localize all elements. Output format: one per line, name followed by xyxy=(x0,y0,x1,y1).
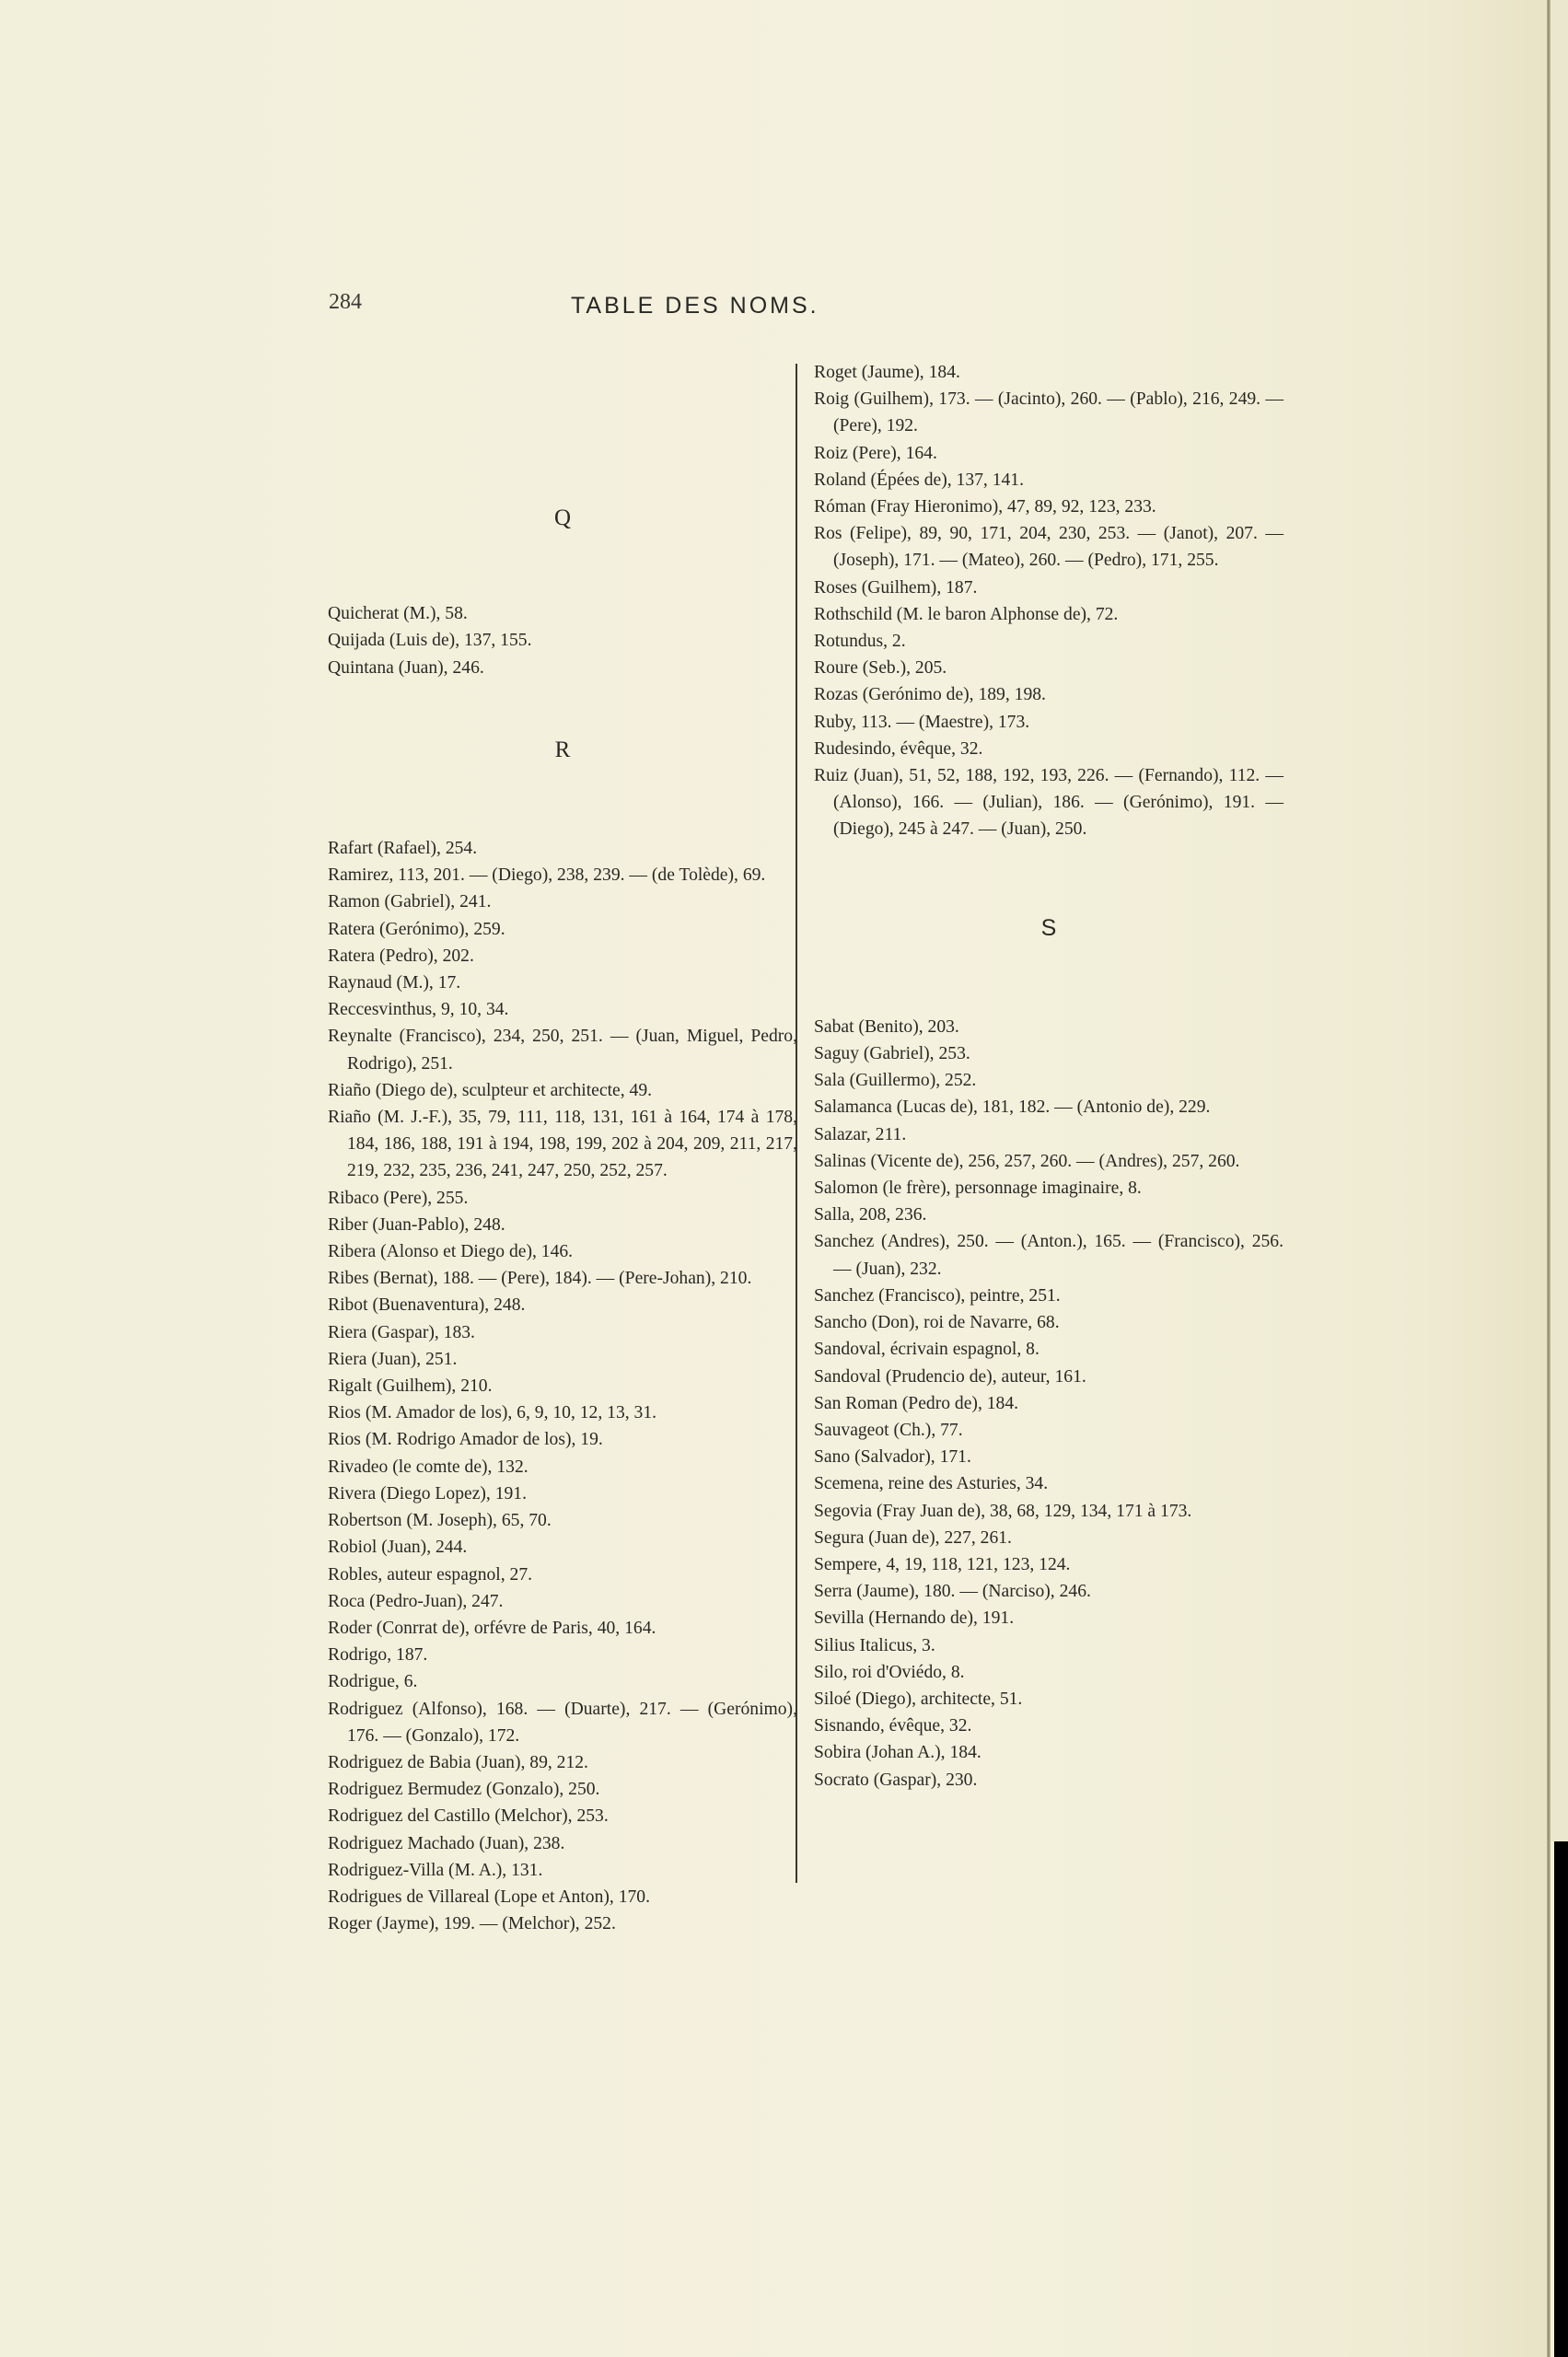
index-entry: Sisnando, évêque, 32. xyxy=(814,1713,1283,1739)
section-s-entries: Sabat (Benito), 203.Saguy (Gabriel), 253… xyxy=(814,1014,1283,1794)
index-entry: Sabat (Benito), 203. xyxy=(814,1014,1283,1040)
index-entry: Riera (Juan), 251. xyxy=(328,1346,797,1373)
index-entry: Ros (Felipe), 89, 90, 171, 204, 230, 253… xyxy=(814,520,1283,574)
index-entry: Roses (Guilhem), 187. xyxy=(814,575,1283,601)
index-entry: Ratera (Gerónimo), 259. xyxy=(328,916,797,943)
index-entry: Salla, 208, 236. xyxy=(814,1202,1283,1228)
page-edge-shadow xyxy=(1554,1841,1568,2357)
index-entry: Salomon (le frère), personnage imaginair… xyxy=(814,1175,1283,1202)
index-entry: Rodrigues de Villareal (Lope et Anton), … xyxy=(328,1884,797,1910)
index-entry: Rodriguez Machado (Juan), 238. xyxy=(328,1830,797,1857)
index-entry: Sanchez (Francisco), peintre, 251. xyxy=(814,1283,1283,1309)
index-entry: Socrato (Gaspar), 230. xyxy=(814,1767,1283,1794)
section-letter-q: Q xyxy=(328,505,797,531)
index-entry: Roget (Jaume), 184. xyxy=(814,359,1283,386)
index-entry: Sobira (Johan A.), 184. xyxy=(814,1739,1283,1766)
index-entry: Roland (Épées de), 137, 141. xyxy=(814,467,1283,493)
index-entry: Sancho (Don), roi de Navarre, 68. xyxy=(814,1309,1283,1336)
index-entry: Silius Italicus, 3. xyxy=(814,1632,1283,1659)
index-entry: Sano (Salvador), 171. xyxy=(814,1444,1283,1470)
page-number: 284 xyxy=(329,290,362,315)
index-entry: Robertson (M. Joseph), 65, 70. xyxy=(328,1507,797,1534)
index-entry: Ribot (Buenaventura), 248. xyxy=(328,1292,797,1318)
index-entry: Reynalte (Francisco), 234, 250, 251. — (… xyxy=(328,1023,797,1076)
index-entry: Rodriguez del Castillo (Melchor), 253. xyxy=(328,1803,797,1829)
index-entry: Rivera (Diego Lopez), 191. xyxy=(328,1480,797,1507)
index-entry: Roig (Guilhem), 173. — (Jacinto), 260. —… xyxy=(814,386,1283,439)
index-entry: Sauvageot (Ch.), 77. xyxy=(814,1417,1283,1444)
index-entry: Roure (Seb.), 205. xyxy=(814,655,1283,681)
index-entry: Riber (Juan-Pablo), 248. xyxy=(328,1212,797,1238)
index-entry: Sandoval (Prudencio de), auteur, 161. xyxy=(814,1364,1283,1390)
index-entry: Salazar, 211. xyxy=(814,1121,1283,1148)
index-entry: Robiol (Juan), 244. xyxy=(328,1534,797,1561)
index-entry: Roger (Jayme), 199. — (Melchor), 252. xyxy=(328,1910,797,1937)
index-entry: Rivadeo (le comte de), 132. xyxy=(328,1454,797,1480)
index-entry: Rozas (Gerónimo de), 189, 198. xyxy=(814,681,1283,708)
index-entry: Robles, auteur espagnol, 27. xyxy=(328,1562,797,1588)
index-entry: Riaño (M. J.-F.), 35, 79, 111, 118, 131,… xyxy=(328,1104,797,1185)
index-entry: Ribes (Bernat), 188. — (Pere), 184). — (… xyxy=(328,1265,797,1292)
index-entry: Riaño (Diego de), sculpteur et architect… xyxy=(328,1077,797,1104)
index-entry: San Roman (Pedro de), 184. xyxy=(814,1390,1283,1417)
index-entry: Reccesvinthus, 9, 10, 34. xyxy=(328,996,797,1023)
index-entry: Rodrigo, 187. xyxy=(328,1642,797,1668)
index-entry: Roder (Conrrat de), orfévre de Paris, 40… xyxy=(328,1615,797,1642)
index-entry: Rodriguez Bermudez (Gonzalo), 250. xyxy=(328,1776,797,1803)
index-entry: Ribaco (Pere), 255. xyxy=(328,1185,797,1212)
page-edge-light xyxy=(1551,0,1568,1841)
running-head-title: TABLE DES NOMS. xyxy=(571,293,939,319)
index-entry: Ramon (Gabriel), 241. xyxy=(328,888,797,915)
index-entry: Sanchez (Andres), 250. — (Anton.), 165. … xyxy=(814,1228,1283,1282)
index-entry: Quijada (Luis de), 137, 155. xyxy=(328,627,797,654)
index-entry: Saguy (Gabriel), 253. xyxy=(814,1040,1283,1067)
index-entry: Sandoval, écrivain espagnol, 8. xyxy=(814,1336,1283,1363)
index-entry: Quintana (Juan), 246. xyxy=(328,655,797,681)
book-page: 284 TABLE DES NOMS. Q Quicherat (M.), 58… xyxy=(0,0,1547,2357)
index-entry: Roca (Pedro-Juan), 247. xyxy=(328,1588,797,1615)
index-entry: Ruiz (Juan), 51, 52, 188, 192, 193, 226.… xyxy=(814,762,1283,843)
index-entry: Salamanca (Lucas de), 181, 182. — (Anton… xyxy=(814,1094,1283,1120)
section-letter-s: S xyxy=(814,915,1283,942)
section-q-entries: Quicherat (M.), 58.Quijada (Luis de), 13… xyxy=(328,600,797,681)
index-entry: Rodriguez (Alfonso), 168. — (Duarte), 21… xyxy=(328,1696,797,1749)
index-entry: Silo, roi d'Oviédo, 8. xyxy=(814,1659,1283,1686)
index-entry: Rodrigue, 6. xyxy=(328,1668,797,1695)
index-entry: Rios (M. Amador de los), 6, 9, 10, 12, 1… xyxy=(328,1399,797,1426)
index-entry: Rios (M. Rodrigo Amador de los), 19. xyxy=(328,1426,797,1453)
section-r-cont-entries: Roget (Jaume), 184.Roig (Guilhem), 173. … xyxy=(814,359,1283,843)
section-letter-r: R xyxy=(328,737,797,763)
index-entry: Siloé (Diego), architecte, 51. xyxy=(814,1686,1283,1713)
index-entry: Sempere, 4, 19, 118, 121, 123, 124. xyxy=(814,1551,1283,1578)
index-entry: Ruby, 113. — (Maestre), 173. xyxy=(814,709,1283,736)
index-entry: Rodriguez de Babia (Juan), 89, 212. xyxy=(328,1749,797,1776)
column-divider xyxy=(796,364,797,1883)
index-entry: Segura (Juan de), 227, 261. xyxy=(814,1525,1283,1551)
index-entry: Salinas (Vicente de), 256, 257, 260. — (… xyxy=(814,1148,1283,1175)
index-entry: Ratera (Pedro), 202. xyxy=(328,943,797,970)
index-entry: Sala (Guillermo), 252. xyxy=(814,1067,1283,1094)
right-column: Roget (Jaume), 184.Roig (Guilhem), 173. … xyxy=(814,359,1283,1794)
index-entry: Ramirez, 113, 201. — (Diego), 238, 239. … xyxy=(328,862,797,888)
index-entry: Roiz (Pere), 164. xyxy=(814,440,1283,467)
index-entry: Rodriguez-Villa (M. A.), 131. xyxy=(328,1857,797,1884)
index-entry: Segovia (Fray Juan de), 38, 68, 129, 134… xyxy=(814,1498,1283,1525)
index-entry: Rigalt (Guilhem), 210. xyxy=(328,1373,797,1399)
index-entry: Rotundus, 2. xyxy=(814,628,1283,655)
index-entry: Sevilla (Hernando de), 191. xyxy=(814,1605,1283,1631)
index-entry: Róman (Fray Hieronimo), 47, 89, 92, 123,… xyxy=(814,493,1283,520)
index-entry: Quicherat (M.), 58. xyxy=(328,600,797,627)
index-entry: Ribera (Alonso et Diego de), 146. xyxy=(328,1238,797,1265)
section-r-entries: Rafart (Rafael), 254.Ramirez, 113, 201. … xyxy=(328,835,797,1937)
index-entry: Riera (Gaspar), 183. xyxy=(328,1319,797,1346)
index-entry: Rudesindo, évêque, 32. xyxy=(814,736,1283,762)
index-entry: Serra (Jaume), 180. — (Narciso), 246. xyxy=(814,1578,1283,1605)
index-entry: Raynaud (M.), 17. xyxy=(328,970,797,996)
left-column: Q Quicherat (M.), 58.Quijada (Luis de), … xyxy=(328,505,797,1937)
index-entry: Scemena, reine des Asturies, 34. xyxy=(814,1470,1283,1497)
index-entry: Rafart (Rafael), 254. xyxy=(328,835,797,862)
index-entry: Rothschild (M. le baron Alphonse de), 72… xyxy=(814,601,1283,628)
